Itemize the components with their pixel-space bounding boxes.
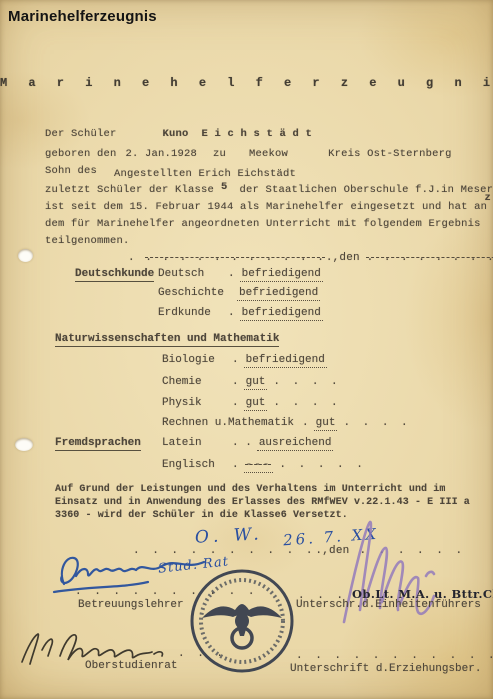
leader-dots: .: [232, 376, 239, 388]
section-heading-fremdsprachen: Fremdsprachen: [55, 437, 141, 451]
erziehungsber-dots: . . . . . . . . . . . . .: [296, 650, 493, 662]
einheitsfuehrer-label: Unterschr.d.Einheitenführers: [296, 599, 481, 611]
grade-row: Chemie.gut. . . .: [162, 376, 341, 390]
grade-value: befriedigend: [244, 354, 327, 368]
grade-value: befriedigend: [237, 287, 320, 301]
leader-dots: .: [232, 397, 239, 409]
grade-value: ---: [244, 459, 274, 473]
son-line: Sohn desAngestellten Erich Eichstädt: [45, 165, 296, 177]
promotion-line-2: Einsatz und in Anwendung des Erlasses de…: [55, 497, 470, 508]
grade-row: Latein. .ausreichend: [162, 437, 333, 451]
trailing-dots: . . . . .: [279, 459, 365, 471]
subject-name: Biologie: [162, 354, 224, 366]
leader-dots: .: [228, 307, 235, 319]
oberstudienrat-dots: . . .: [178, 648, 226, 660]
trailing-dots: . . . .: [273, 397, 340, 409]
image-caption: Marinehelferzeugnis: [8, 8, 157, 25]
birth-district: Kreis Ost-Sternberg: [328, 148, 452, 160]
pupil-name: Kuno E i c h s t ä d t: [163, 128, 313, 140]
class-number: 5: [221, 181, 228, 193]
pupil-line: Der SchülerKuno E i c h s t ä d t: [45, 128, 312, 140]
service-line-3: teilgenommen.: [45, 235, 130, 247]
grade-value: befriedigend: [240, 268, 323, 282]
subject-name: Latein: [162, 437, 224, 449]
trailing-dots: . . . .: [343, 417, 410, 429]
grade-row: Deutsch.befriedigend: [158, 268, 323, 282]
grade-value: ausreichend: [257, 437, 334, 451]
betreuungslehrer-label: Betreuungslehrer: [78, 599, 184, 611]
born-line: geboren den2. Jan.1928zuMeekowKreis Ost-…: [45, 148, 452, 160]
service-line-2: dem für Marinehelfer angeordneten Unterr…: [45, 218, 481, 230]
subject-name: Geschichte: [158, 287, 224, 299]
struck-dots-left: . . . . . . . . . . .: [145, 252, 326, 264]
grade-row: Englisch.---. . . . .: [162, 459, 366, 473]
den-label: .,den: [326, 252, 360, 264]
hole-punch-bottom: [15, 438, 33, 451]
subject-name: Physik: [162, 397, 224, 409]
leader-dots: . .: [232, 437, 252, 449]
birth-date: 2. Jan.1928: [126, 148, 198, 160]
leader-dots: .: [302, 417, 309, 429]
class-label: zuletzt Schüler der Klasse: [45, 184, 214, 196]
grade-value: gut: [244, 397, 268, 411]
subject-name: Chemie: [162, 376, 224, 388]
hole-punch-top: [18, 249, 33, 262]
oberstudienrat-label: Oberstudienrat: [85, 660, 177, 672]
promotion-line-1: Auf Grund der Leistungen und des Verhalt…: [55, 484, 445, 495]
school-name: der Staatlichen Oberschule f.J.in Meseri…: [240, 184, 493, 196]
subject-name: Englisch: [162, 459, 224, 471]
document-title: M a r i n e h e l f e r z e u g n i s .: [0, 76, 493, 90]
grade-row: Rechnen u.Mathematik.gut. . . .: [162, 417, 411, 431]
class-line: zuletzt Schüler der Klasse5der Staatlich…: [45, 184, 493, 196]
struck-dots-right: . . . . . . . . . .: [367, 252, 493, 264]
son-label: Sohn des: [45, 165, 97, 177]
grade-value: befriedigend: [240, 307, 323, 321]
grade-row: Physik.gut. . . .: [162, 397, 341, 411]
trailing-dots: . . . .: [273, 376, 340, 388]
grade-row: Biologie.befriedigend: [162, 354, 327, 368]
blank-date-line: . . . . . . . . . . . ..,den . . . . . .…: [128, 252, 493, 264]
grade-value: gut: [244, 376, 268, 390]
erziehungsber-label: Unterschrift d.Erziehungsber.: [290, 663, 481, 675]
leader-dots: .: [232, 354, 239, 366]
section-heading-deutschkunde: Deutschkunde: [75, 268, 154, 282]
birth-place: Meekow: [249, 148, 288, 160]
service-line-1: ist seit dem 15. Februar 1944 als Marine…: [45, 201, 487, 213]
father-name: Angestellten Erich Eichstädt: [114, 168, 296, 180]
leader-dots: .: [228, 268, 235, 280]
subject-name: Deutsch: [158, 268, 220, 280]
leader-dots: .: [232, 459, 239, 471]
grade-row: Erdkunde.befriedigend: [158, 307, 323, 321]
promotion-line-3: 3360 - wird der Schüler in die Klasse6 V…: [55, 510, 348, 521]
zu-label: zu: [213, 148, 226, 160]
born-label: geboren den: [45, 148, 117, 160]
grade-value: gut: [314, 417, 338, 431]
section-heading-naturwissenschaften: Naturwissenschaften und Mathematik: [55, 333, 279, 347]
pupil-label: Der Schüler: [45, 128, 117, 140]
subject-name: Erdkunde: [158, 307, 220, 319]
certificate-document: Marinehelferzeugnis M a r i n e h e l f …: [0, 0, 493, 699]
subject-name: Rechnen u.Mathematik: [162, 417, 294, 429]
grade-row: Geschichtebefriedigend: [158, 287, 320, 301]
